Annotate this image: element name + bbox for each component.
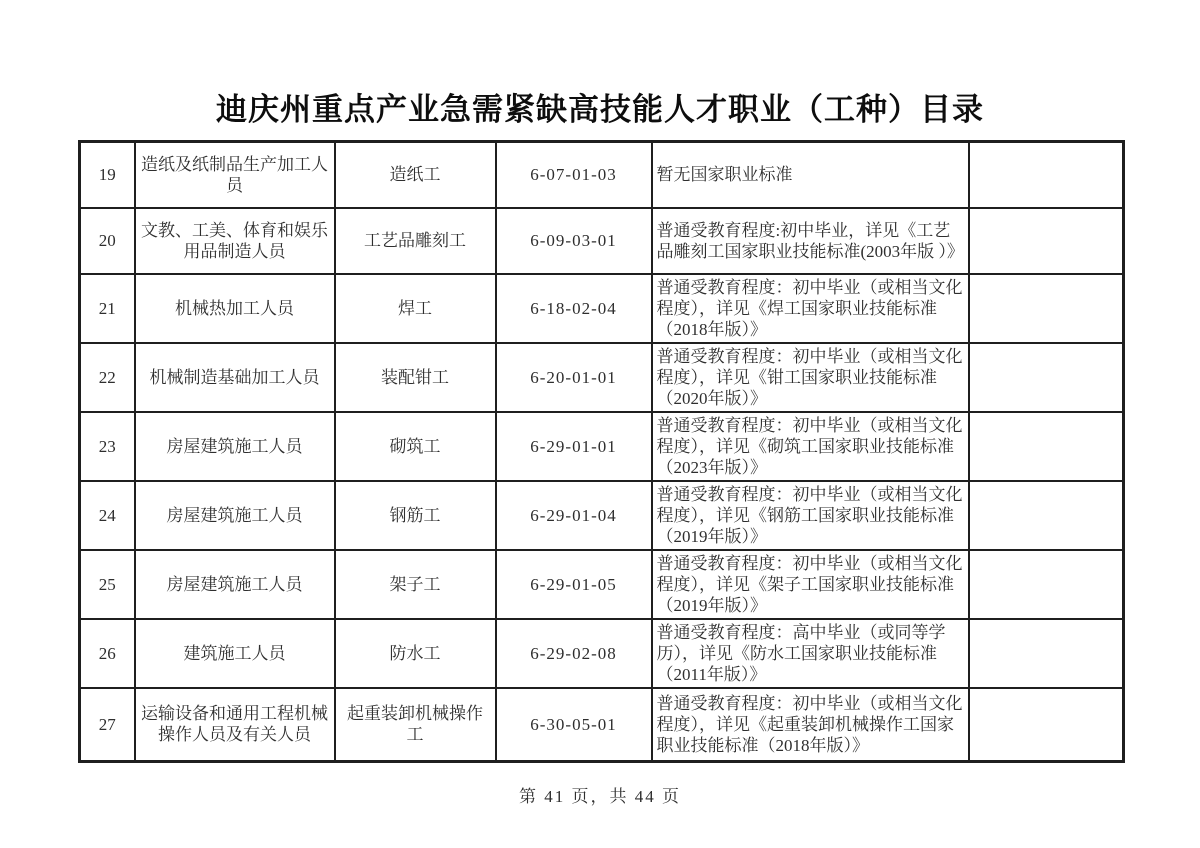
table-row: 26 建筑施工人员 防水工 6-29-02-08 普通受教育程度：高中毕业（或同…: [80, 619, 1124, 688]
row-number-cell: 23: [80, 412, 135, 481]
table-row: 20 文教、工美、体育和娱乐用品制造人员 工艺品雕刻工 6-09-03-01 普…: [80, 208, 1124, 274]
category-cell: 运输设备和通用工程机械操作人员及有关人员: [135, 688, 335, 762]
occupation-cell: 架子工: [335, 550, 496, 619]
table-row: 21 机械热加工人员 焊工 6-18-02-04 普通受教育程度：初中毕业（或相…: [80, 274, 1124, 343]
row-number-cell: 20: [80, 208, 135, 274]
row-number-cell: 25: [80, 550, 135, 619]
category-cell: 房屋建筑施工人员: [135, 412, 335, 481]
code-cell: 6-07-01-03: [496, 142, 652, 208]
category-cell: 文教、工美、体育和娱乐用品制造人员: [135, 208, 335, 274]
occupation-cell: 造纸工: [335, 142, 496, 208]
row-number-cell: 19: [80, 142, 135, 208]
standard-cell: 普通受教育程度：初中毕业（或相当文化程度），详见《钢筋工国家职业技能标准（201…: [652, 481, 969, 550]
occupation-cell: 钢筋工: [335, 481, 496, 550]
occupation-cell: 防水工: [335, 619, 496, 688]
code-cell: 6-29-01-01: [496, 412, 652, 481]
standard-cell: 普通受教育程度:初中毕业，详见《工艺品雕刻工国家职业技能标准(2003年版 ）》: [652, 208, 969, 274]
table-row: 27 运输设备和通用工程机械操作人员及有关人员 起重装卸机械操作工 6-30-0…: [80, 688, 1124, 762]
note-cell: [969, 688, 1124, 762]
occupation-cell: 焊工: [335, 274, 496, 343]
standard-cell: 暂无国家职业标准: [652, 142, 969, 208]
table-row: 23 房屋建筑施工人员 砌筑工 6-29-01-01 普通受教育程度：初中毕业（…: [80, 412, 1124, 481]
standard-cell: 普通受教育程度：初中毕业（或相当文化程度），详见《砌筑工国家职业技能标准（202…: [652, 412, 969, 481]
category-cell: 房屋建筑施工人员: [135, 481, 335, 550]
occupation-cell: 起重装卸机械操作工: [335, 688, 496, 762]
category-cell: 机械制造基础加工人员: [135, 343, 335, 412]
code-cell: 6-29-01-04: [496, 481, 652, 550]
table-row: 22 机械制造基础加工人员 装配钳工 6-20-01-01 普通受教育程度：初中…: [80, 343, 1124, 412]
row-number-cell: 21: [80, 274, 135, 343]
code-cell: 6-29-02-08: [496, 619, 652, 688]
code-cell: 6-30-05-01: [496, 688, 652, 762]
category-cell: 机械热加工人员: [135, 274, 335, 343]
page-title: 迪庆州重点产业急需紧缺高技能人才职业（工种）目录: [0, 84, 1200, 129]
table-row: 24 房屋建筑施工人员 钢筋工 6-29-01-04 普通受教育程度：初中毕业（…: [80, 481, 1124, 550]
table-row: 25 房屋建筑施工人员 架子工 6-29-01-05 普通受教育程度：初中毕业（…: [80, 550, 1124, 619]
category-cell: 房屋建筑施工人员: [135, 550, 335, 619]
page-footer: 第 41 页，共 44 页: [0, 782, 1200, 807]
code-cell: 6-18-02-04: [496, 274, 652, 343]
occupation-cell: 工艺品雕刻工: [335, 208, 496, 274]
note-cell: [969, 142, 1124, 208]
note-cell: [969, 208, 1124, 274]
occupation-cell: 砌筑工: [335, 412, 496, 481]
row-number-cell: 27: [80, 688, 135, 762]
standard-cell: 普通受教育程度：初中毕业（或相当文化程度），详见《焊工国家职业技能标准（2018…: [652, 274, 969, 343]
note-cell: [969, 274, 1124, 343]
occupation-catalog-table: 19 造纸及纸制品生产加工人员 造纸工 6-07-01-03 暂无国家职业标准 …: [78, 140, 1125, 763]
row-number-cell: 24: [80, 481, 135, 550]
note-cell: [969, 343, 1124, 412]
note-cell: [969, 619, 1124, 688]
category-cell: 造纸及纸制品生产加工人员: [135, 142, 335, 208]
category-cell: 建筑施工人员: [135, 619, 335, 688]
standard-cell: 普通受教育程度：初中毕业（或相当文化程度），详见《架子工国家职业技能标准（201…: [652, 550, 969, 619]
standard-cell: 普通受教育程度：初中毕业（或相当文化程度），详见《钳工国家职业技能标准（2020…: [652, 343, 969, 412]
note-cell: [969, 412, 1124, 481]
note-cell: [969, 481, 1124, 550]
table-row: 19 造纸及纸制品生产加工人员 造纸工 6-07-01-03 暂无国家职业标准: [80, 142, 1124, 208]
row-number-cell: 22: [80, 343, 135, 412]
code-cell: 6-20-01-01: [496, 343, 652, 412]
row-number-cell: 26: [80, 619, 135, 688]
note-cell: [969, 550, 1124, 619]
code-cell: 6-09-03-01: [496, 208, 652, 274]
standard-cell: 普通受教育程度：高中毕业（或同等学历），详见《防水工国家职业技能标准（2011年…: [652, 619, 969, 688]
occupation-cell: 装配钳工: [335, 343, 496, 412]
standard-cell: 普通受教育程度：初中毕业（或相当文化程度），详见《起重装卸机械操作工国家职业技能…: [652, 688, 969, 762]
code-cell: 6-29-01-05: [496, 550, 652, 619]
